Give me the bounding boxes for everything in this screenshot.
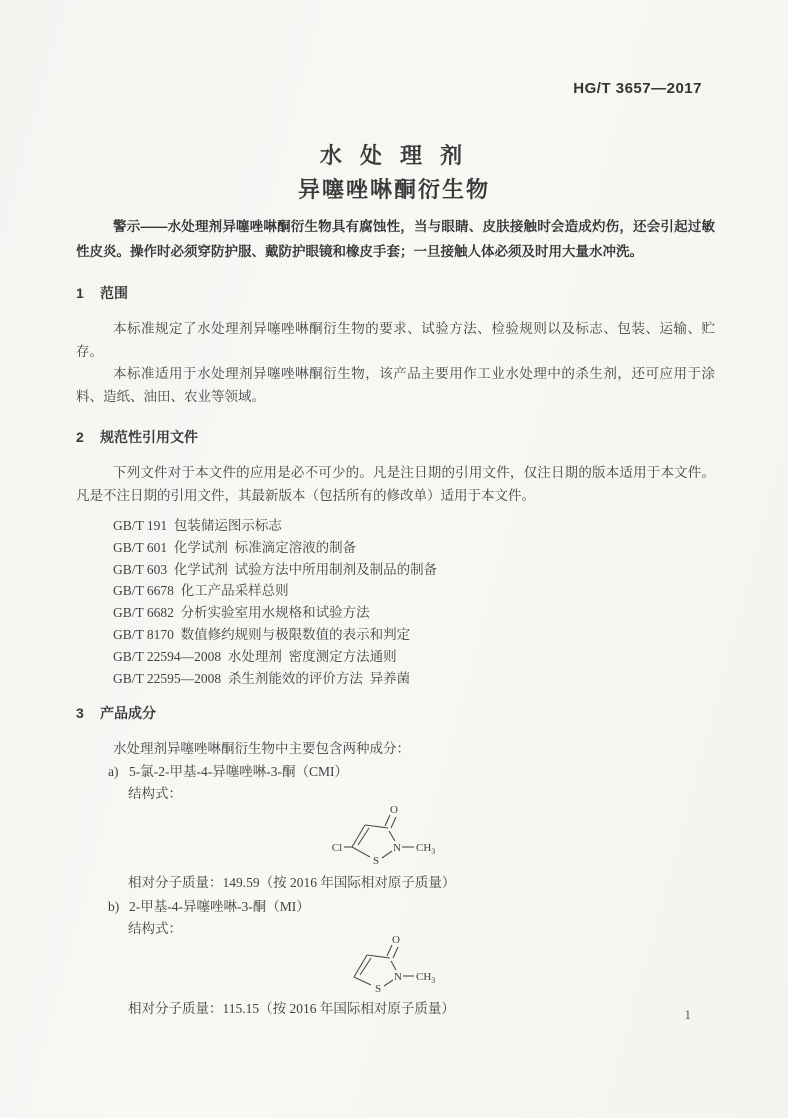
section-1-title: 范围 — [100, 285, 128, 301]
component-a-line: a)5-氯-2-甲基-4-异噻唑啉-3-酮（CMI） — [108, 761, 715, 783]
atom-s: S — [375, 983, 381, 995]
section-1-heading: 1范围 — [76, 283, 715, 303]
atom-n: N — [393, 842, 401, 854]
mi-structure-diagram: O S N CH3 — [340, 934, 440, 996]
scope-paragraph-2: 本标准适用于水处理剂异噻唑啉酮衍生物，该产品主要用作工业水处理中的杀生剂，还可应… — [76, 363, 715, 408]
scope-paragraph-1: 本标准规定了水处理剂异噻唑啉酮衍生物的要求、试验方法、检验规则以及标志、包装、运… — [76, 318, 715, 363]
reference-item: GB/T 8170 数值修约规则与极限数值的表示和判定 — [76, 624, 715, 646]
composition-intro: 水处理剂异噻唑啉酮衍生物中主要包含两种成分： — [76, 738, 715, 761]
item-marker-a: a) — [108, 761, 129, 783]
component-b-name: 2-甲基-4-异噻唑啉-3-酮（MI） — [129, 899, 310, 914]
atom-n: N — [394, 971, 402, 983]
methyl-group: CH3 — [416, 842, 435, 856]
item-marker-b: b) — [108, 896, 129, 918]
section-3-heading: 3产品成分 — [76, 703, 715, 723]
reference-item: GB/T 22594—2008 水处理剂 密度测定方法通则 — [76, 646, 715, 668]
section-2-title: 规范性引用文件 — [100, 429, 198, 445]
cmi-structure-diagram: O Cl S N CH3 — [330, 800, 440, 870]
section-3-title: 产品成分 — [100, 705, 156, 721]
reference-item: GB/T 6678 化工产品采样总则 — [76, 580, 715, 602]
title-line-1: 水 处 理 剂 — [0, 139, 788, 173]
title-line-2: 异噻唑啉酮衍生物 — [0, 173, 788, 207]
reference-item: GB/T 603 化学试剂 试验方法中所用制剂及制品的制备 — [76, 559, 715, 581]
reference-list: GB/T 191 包装储运图示标志 GB/T 601 化学试剂 标准滴定溶液的制… — [76, 515, 715, 689]
reference-item: GB/T 22595—2008 杀生剂能效的评价方法 异养菌 — [76, 668, 715, 690]
references-intro: 下列文件对于本文件的应用是必不可少的。凡是注日期的引用文件，仅注日期的版本适用于… — [76, 462, 715, 507]
atom-o: O — [392, 934, 400, 946]
component-a-name: 5-氯-2-甲基-4-异噻唑啉-3-酮（CMI） — [129, 764, 348, 779]
section-2-heading: 2规范性引用文件 — [76, 427, 715, 447]
standard-code: HG/T 3657—2017 — [0, 80, 702, 97]
warning-paragraph: 警示——水处理剂异噻唑啉酮衍生物具有腐蚀性，当与眼睛、皮肤接触时会造成灼伤，还会… — [76, 214, 715, 264]
document-title: 水 处 理 剂 异噻唑啉酮衍生物 — [0, 139, 788, 207]
section-normative-references: 2规范性引用文件 下列文件对于本文件的应用是必不可少的。凡是注日期的引用文件，仅… — [76, 427, 715, 689]
section-1-number: 1 — [76, 285, 89, 301]
atom-s: S — [373, 855, 379, 867]
section-3-number: 3 — [76, 705, 89, 721]
methyl-group: CH3 — [416, 971, 435, 985]
section-2-number: 2 — [76, 429, 89, 445]
atom-cl: Cl — [332, 842, 342, 854]
reference-item: GB/T 6682 分析实验室用水规格和试验方法 — [76, 602, 715, 624]
standard-document-page: HG/T 3657—2017 水 处 理 剂 异噻唑啉酮衍生物 警示——水处理剂… — [0, 0, 788, 1118]
molecular-mass-a: 相对分子质量：149.59（按 2016 年国际相对原子质量） — [128, 872, 715, 894]
atom-o: O — [390, 804, 398, 816]
section-scope: 1范围 本标准规定了水处理剂异噻唑啉酮衍生物的要求、试验方法、检验规则以及标志、… — [76, 283, 715, 408]
reference-item: GB/T 601 化学试剂 标准滴定溶液的制备 — [76, 537, 715, 559]
component-b-line: b)2-甲基-4-异噻唑啉-3-酮（MI） — [108, 896, 715, 918]
page-number: 1 — [0, 1007, 691, 1023]
section-product-composition: 3产品成分 水处理剂异噻唑啉酮衍生物中主要包含两种成分： a)5-氯-2-甲基-… — [76, 703, 715, 1020]
reference-item: GB/T 191 包装储运图示标志 — [76, 515, 715, 537]
